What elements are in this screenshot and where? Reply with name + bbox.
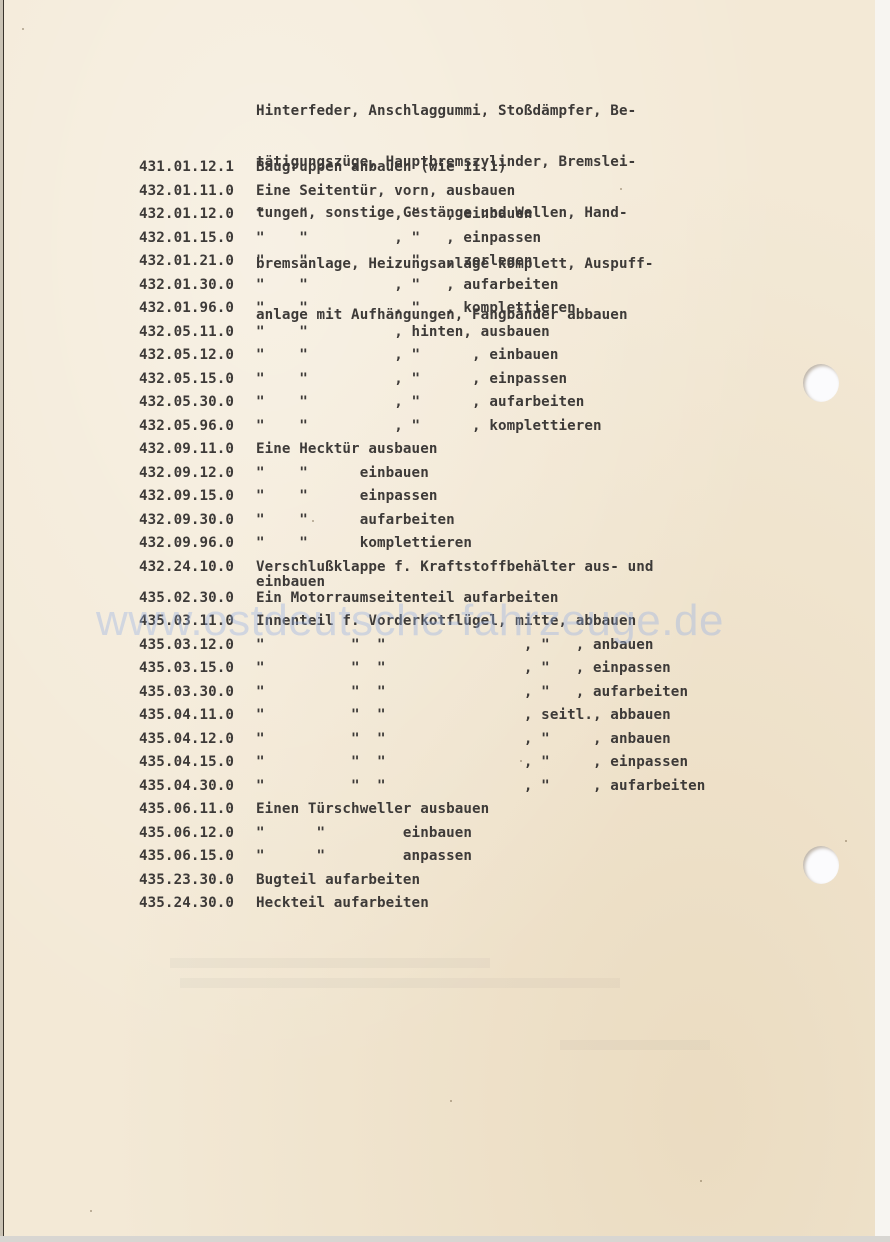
operation-code: 435.04.30.0 bbox=[139, 775, 234, 799]
punch-hole bbox=[803, 846, 839, 884]
operation-code: 431.01.12.1 bbox=[139, 156, 234, 180]
operation-code: 432.09.12.0 bbox=[139, 462, 234, 486]
bleed-through-line bbox=[170, 958, 490, 968]
operation-code: 435.23.30.0 bbox=[139, 869, 234, 893]
operation-code: 435.03.12.0 bbox=[139, 634, 234, 658]
operation-description: " " anpassen bbox=[256, 845, 472, 869]
operation-code: 432.01.15.0 bbox=[139, 227, 234, 251]
operation-description: Eine Hecktür ausbauen bbox=[256, 438, 437, 462]
operation-description: " " , " , aufarbeiten bbox=[256, 274, 558, 298]
bleed-through-line bbox=[560, 1040, 710, 1050]
operation-description: " " , " , einbauen bbox=[256, 344, 558, 368]
operation-code: 432.09.96.0 bbox=[139, 532, 234, 556]
operation-code: 432.05.30.0 bbox=[139, 391, 234, 415]
operation-description: " " komplettieren bbox=[256, 532, 472, 556]
operation-description: " " " , " , einpassen bbox=[256, 657, 671, 681]
operation-description: " " einbauen bbox=[256, 462, 429, 486]
operation-code: 432.24.10.0 bbox=[139, 556, 234, 580]
operation-code: 432.09.11.0 bbox=[139, 438, 234, 462]
operation-code: 432.01.11.0 bbox=[139, 180, 234, 204]
operation-code: 432.05.15.0 bbox=[139, 368, 234, 392]
bleed-through-line bbox=[180, 978, 620, 988]
operation-description: " " , " , einbauen bbox=[256, 203, 533, 227]
operation-description: Verschlußklappe f. Kraftstoffbehälter au… bbox=[256, 560, 654, 590]
operation-code: 432.01.96.0 bbox=[139, 297, 234, 321]
operation-description: " " , " , aufarbeiten bbox=[256, 391, 584, 415]
operation-code: 432.05.11.0 bbox=[139, 321, 234, 345]
operation-code: 435.04.11.0 bbox=[139, 704, 234, 728]
operation-code: 435.02.30.0 bbox=[139, 587, 234, 611]
operation-description: Ein Motorraumseitenteil aufarbeiten bbox=[256, 587, 558, 611]
operation-description: " " einbauen bbox=[256, 822, 472, 846]
operation-code: 432.01.30.0 bbox=[139, 274, 234, 298]
operation-code: 435.06.12.0 bbox=[139, 822, 234, 846]
operation-code: 432.05.96.0 bbox=[139, 415, 234, 439]
operation-description: " " einpassen bbox=[256, 485, 437, 509]
operation-code: 435.24.30.0 bbox=[139, 892, 234, 916]
operation-description: " " , " , zerlegen bbox=[256, 250, 533, 274]
operation-description: Bugteil aufarbeiten bbox=[256, 869, 420, 893]
operation-code: 435.03.15.0 bbox=[139, 657, 234, 681]
operation-code: 435.04.12.0 bbox=[139, 728, 234, 752]
operation-description: Eine Seitentür, vorn, ausbauen bbox=[256, 180, 515, 204]
operation-code: 432.01.12.0 bbox=[139, 203, 234, 227]
operation-description: " " " , " , anbauen bbox=[256, 728, 671, 752]
operation-code: 432.09.30.0 bbox=[139, 509, 234, 533]
operation-description: Baugruppen anbauen (wie 11.1) bbox=[256, 156, 507, 180]
operation-code: 435.03.30.0 bbox=[139, 681, 234, 705]
operation-description: " " , " , einpassen bbox=[256, 227, 541, 251]
operation-description: " " " , " , aufarbeiten bbox=[256, 681, 688, 705]
scan-margin-bottom bbox=[0, 1236, 890, 1242]
operation-code: 432.01.21.0 bbox=[139, 250, 234, 274]
operation-code: 435.03.11.0 bbox=[139, 610, 234, 634]
operation-description: " " " , " , einpassen bbox=[256, 751, 688, 775]
punch-hole bbox=[803, 364, 839, 402]
operation-code: 435.06.11.0 bbox=[139, 798, 234, 822]
operation-code: 435.06.15.0 bbox=[139, 845, 234, 869]
operation-description: Einen Türschweller ausbauen bbox=[256, 798, 489, 822]
operation-description: " " " , " , anbauen bbox=[256, 634, 654, 658]
operation-description: " " , " , einpassen bbox=[256, 368, 567, 392]
operation-code: 432.09.15.0 bbox=[139, 485, 234, 509]
scan-margin-right bbox=[875, 0, 890, 1242]
operation-description: Heckteil aufarbeiten bbox=[256, 892, 429, 916]
operation-description: " " , " , komplettieren bbox=[256, 415, 602, 439]
operation-description: " " , " , komplettieren bbox=[256, 297, 576, 321]
operation-description: Innenteil f. Vorderkotflügel, mitte, abb… bbox=[256, 610, 636, 634]
operation-description: " " aufarbeiten bbox=[256, 509, 455, 533]
intro-line: Hinterfeder, Anschlaggummi, Stoßdämpfer,… bbox=[256, 103, 654, 120]
operation-description: " " , hinten, ausbauen bbox=[256, 321, 550, 345]
operation-description: " " " , seitl., abbauen bbox=[256, 704, 671, 728]
operation-code: 432.05.12.0 bbox=[139, 344, 234, 368]
operation-description: " " " , " , aufarbeiten bbox=[256, 775, 705, 799]
operation-code: 435.04.15.0 bbox=[139, 751, 234, 775]
